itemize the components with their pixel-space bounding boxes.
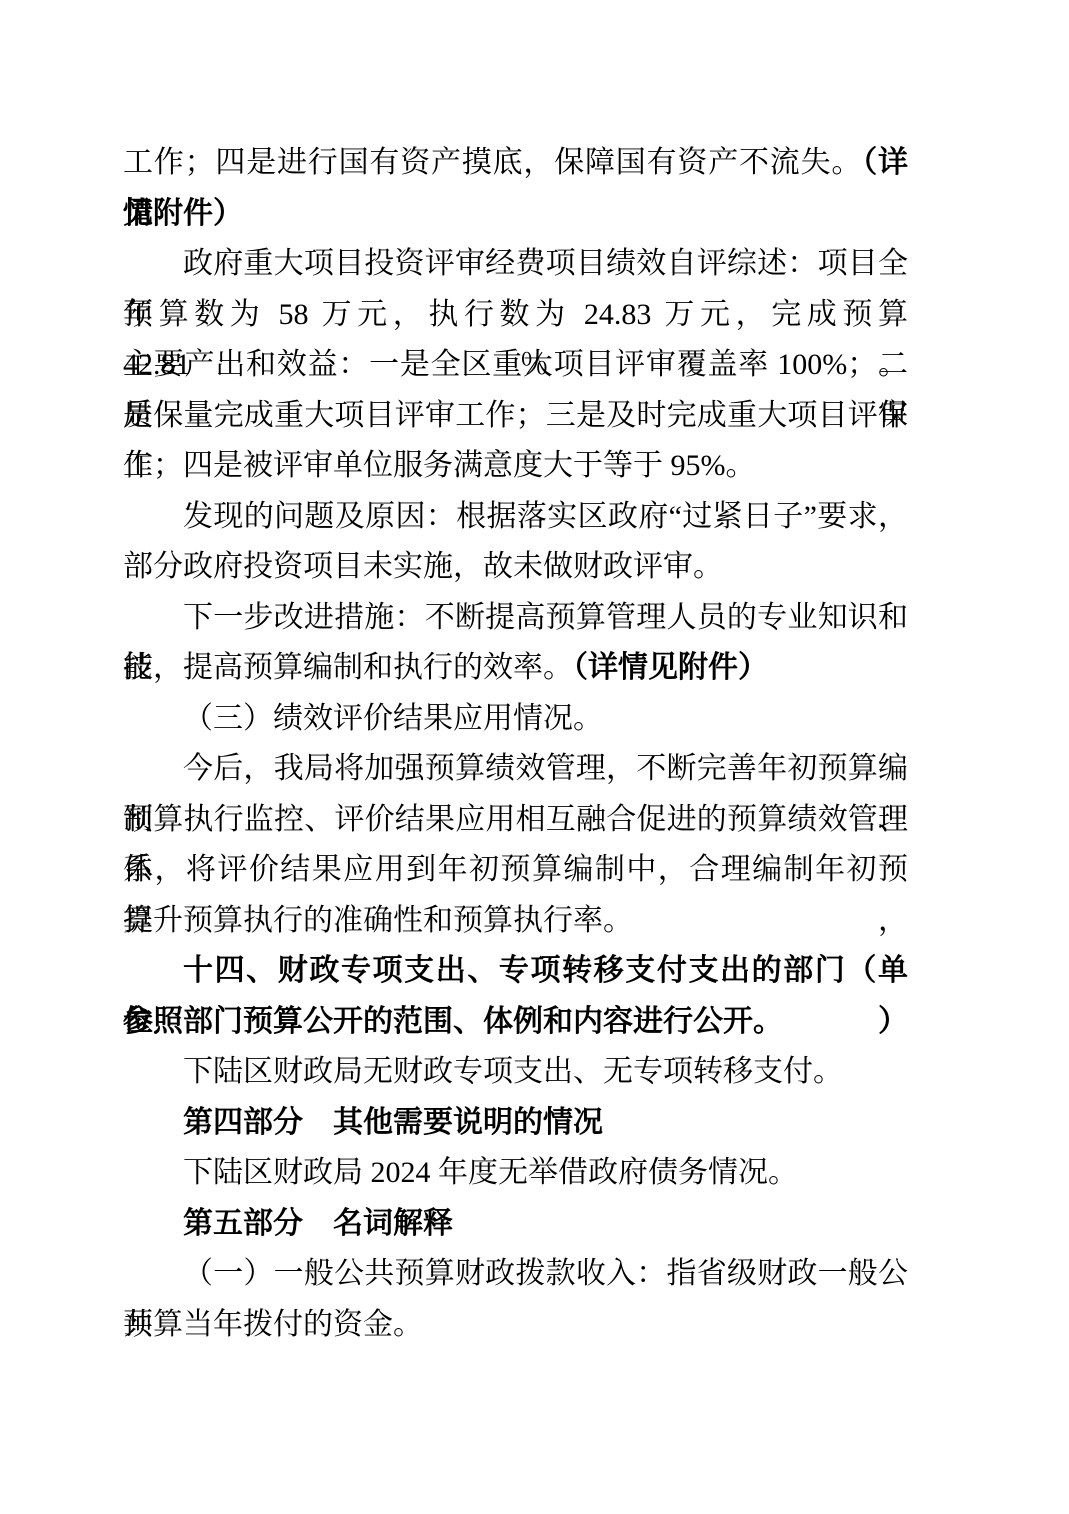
- text-segment-regular: 发现的问题及原因：根据落实区政府“过紧日子”要求，: [183, 500, 908, 533]
- text-line: 第四部分 其他需要说明的情况: [123, 1098, 908, 1149]
- text-line: 工作；四是进行国有资产摸底，保障国有资产不流失。（详情: [123, 138, 908, 189]
- text-line: 主要产出和效益：一是全区重大项目评审覆盖率 100%；二是保: [123, 340, 908, 391]
- text-segment-regular: 下陆区财政局无财政专项支出、无专项转移支付。: [183, 1055, 843, 1088]
- text-line: 政府重大项目投资评审经费项目绩效自评综述：项目全年: [123, 239, 908, 290]
- text-segment-bold: （详情见附件）: [573, 651, 768, 684]
- text-segment-regular: 预算当年拨付的资金。: [123, 1308, 423, 1341]
- text-segment-heading: 第四部分 其他需要说明的情况: [183, 1106, 603, 1139]
- text-segment-bold: 见附件）: [123, 197, 243, 230]
- text-segment-regular: 下陆区财政局 2024 年度无举借政府债务情况。: [183, 1156, 798, 1189]
- text-segment-bold: 参照部门预算公开的范围、体例和内容进行公开。: [123, 1005, 783, 1038]
- text-line: 第五部分 名词解释: [123, 1199, 908, 1250]
- text-line: 下陆区财政局无财政专项支出、无专项转移支付。: [123, 1047, 908, 1098]
- text-line: 下一步改进措施：不断提高预算管理人员的专业知识和技: [123, 593, 908, 644]
- text-line: 见附件）: [123, 189, 908, 240]
- text-line: 预算当年拨付的资金。: [123, 1300, 908, 1351]
- text-line: 作；四是被评审单位服务满意度大于等于 95%。: [123, 441, 908, 492]
- text-line: 下陆区财政局 2024 年度无举借政府债务情况。: [123, 1148, 908, 1199]
- text-line: 质保量完成重大项目评审工作；三是及时完成重大项目评审工: [123, 391, 908, 442]
- text-line: 系，将评价结果应用到年初预算编制中，合理编制年初预算，: [123, 845, 908, 896]
- text-line: （三）绩效评价结果应用情况。: [123, 694, 908, 745]
- document-text-block: 工作；四是进行国有资产摸底，保障国有资产不流失。（详情见附件）政府重大项目投资评…: [123, 138, 908, 1350]
- text-segment-regular: 部分政府投资项目未实施，故未做财政评审。: [123, 550, 723, 583]
- text-line: 十四、财政专项支出、专项转移支付支出的部门（单位）: [123, 946, 908, 997]
- text-line: 发现的问题及原因：根据落实区政府“过紧日子”要求，: [123, 492, 908, 543]
- text-line: 预算执行监控、评价结果应用相互融合促进的预算绩效管理体: [123, 795, 908, 846]
- text-line: 部分政府投资项目未实施，故未做财政评审。: [123, 542, 908, 593]
- text-segment-regular: 能，提高预算编制和执行的效率。: [123, 651, 573, 684]
- text-line: 能，提高预算编制和执行的效率。（详情见附件）: [123, 643, 908, 694]
- text-segment-heading: 第五部分 名词解释: [183, 1207, 453, 1240]
- text-segment-regular: （三）绩效评价结果应用情况。: [183, 702, 603, 735]
- text-segment-regular: 工作；四是进行国有资产摸底，保障国有资产不流失。: [123, 146, 862, 179]
- text-segment-regular: 提升预算执行的准确性和预算执行率。: [123, 904, 633, 937]
- text-line: 今后，我局将加强预算绩效管理，不断完善年初预算编制、: [123, 744, 908, 795]
- document-page: 工作；四是进行国有资产摸底，保障国有资产不流失。（详情见附件）政府重大项目投资评…: [0, 0, 1069, 1514]
- text-line: 预算数为 58 万元，执行数为 24.83 万元，完成预算 42.81％。: [123, 290, 908, 341]
- text-line: （一）一般公共预算财政拨款收入：指省级财政一般公共: [123, 1249, 908, 1300]
- text-segment-regular: 作；四是被评审单位服务满意度大于等于 95%。: [123, 449, 756, 482]
